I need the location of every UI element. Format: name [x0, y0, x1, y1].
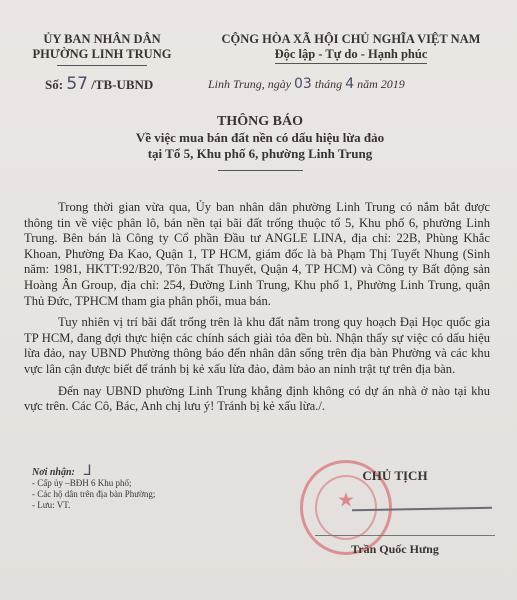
document-number: Số: 57 /TB-UBND [45, 74, 153, 94]
body-paragraph: Đến nay UBND phường Linh Trung khẳng địn… [24, 384, 490, 415]
notice-title: THÔNG BÁO Về việc mua bán đất nền có dấu… [90, 113, 430, 171]
recipient-item: - Các hộ dân trên địa bàn Phường; [32, 489, 155, 500]
authority-line-1: ỦY BAN NHÂN DÂN [22, 32, 182, 47]
national-title: CỘNG HÒA XÃ HỘI CHỦ NGHĨA VIỆT NAM [190, 32, 512, 47]
national-header: CỘNG HÒA XÃ HỘI CHỦ NGHĨA VIỆT NAM Độc l… [190, 32, 512, 64]
signer-role: CHỦ TỊCH [330, 468, 460, 484]
body-paragraph: Trong thời gian vừa qua, Ủy ban nhân dân… [24, 200, 490, 309]
notice-heading: THÔNG BÁO [90, 113, 430, 130]
doc-number-suffix: /TB-UBND [91, 77, 153, 92]
body-paragraph: Tuy nhiên vị trí bãi đất trống trên là k… [24, 315, 490, 377]
divider [218, 170, 303, 171]
issuing-authority: ỦY BAN NHÂN DÂN PHƯỜNG LINH TRUNG [22, 32, 182, 66]
doc-number-label: Số: [45, 77, 63, 92]
notice-subject-1: Về việc mua bán đất nền có dấu hiệu lừa … [90, 130, 430, 146]
recipients-block: Nơi nhận: - Cấp ủy –BĐH 6 Khu phố; - Các… [32, 467, 155, 511]
divider [57, 65, 147, 66]
national-motto: Độc lập - Tự do - Hạnh phúc [275, 47, 428, 64]
recipients-label: Nơi nhận: [32, 467, 155, 478]
notice-subject-2: tại Tổ 5, Khu phố 6, phường Linh Trung [90, 146, 430, 162]
signer-name: Trần Quốc Hưng [330, 542, 460, 557]
document-date: Linh Trung, ngày 03 tháng 4 năm 2019 [208, 76, 405, 92]
date-day: 03 [294, 76, 312, 92]
authority-line-2: PHƯỜNG LINH TRUNG [22, 47, 182, 62]
date-month-label: tháng [315, 77, 342, 91]
recipient-item: - Lưu: VT. [32, 500, 155, 511]
date-year: năm 2019 [357, 77, 405, 91]
notice-body: Trong thời gian vừa qua, Ủy ban nhân dân… [24, 200, 490, 421]
date-month: 4 [345, 76, 354, 92]
doc-number-handwritten: 57 [66, 74, 88, 94]
document-page: ỦY BAN NHÂN DÂN PHƯỜNG LINH TRUNG Số: 57… [0, 0, 517, 600]
signature-block: CHỦ TỊCH Trần Quốc Hưng [330, 468, 460, 557]
recipient-item: - Cấp ủy –BĐH 6 Khu phố; [32, 478, 155, 489]
date-place: Linh Trung, ngày [208, 77, 291, 91]
